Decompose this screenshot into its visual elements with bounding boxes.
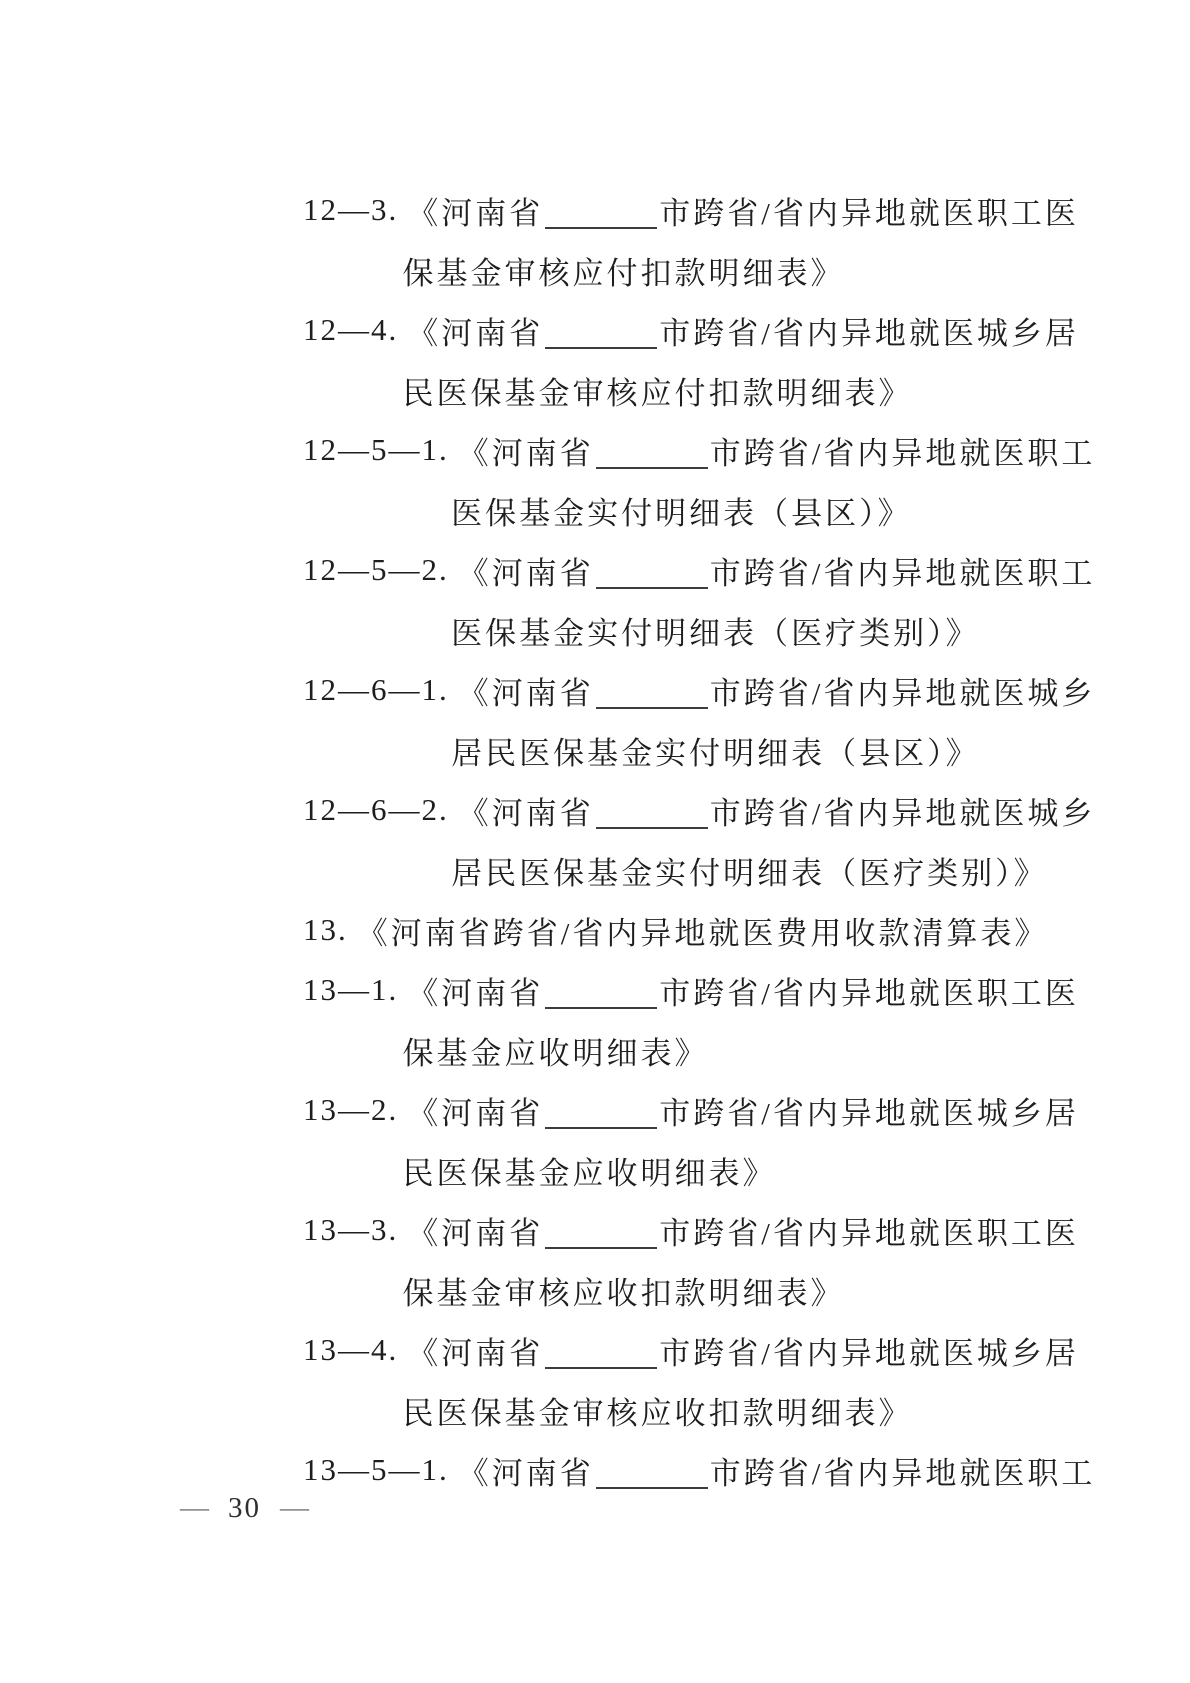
item-title-line1: 《河南省跨省/省内异地就医费用收款清算表》 (357, 908, 1049, 953)
list-item-first-line: 12—6—1. 《河南省市跨省/省内异地就医城乡 (303, 660, 1093, 720)
blank-underline (545, 1127, 657, 1129)
list-item: 12—5—2. 《河南省市跨省/省内异地就医职工 医保基金实付明细表（医疗类别）… (303, 540, 1093, 660)
item-number: 12—3. (303, 192, 398, 228)
item-title-line1: 《河南省市跨省/省内异地就医职工 (458, 1448, 1096, 1493)
item-title-line2: 民医保基金审核应付扣款明细表》 (403, 360, 1094, 420)
blank-underline (545, 1247, 657, 1249)
item-title-line2: 民医保基金审核应收扣款明细表》 (403, 1380, 1094, 1440)
list-item: 13—4. 《河南省市跨省/省内异地就医城乡居 民医保基金审核应收扣款明细表》 (303, 1320, 1093, 1440)
blank-underline (596, 1487, 708, 1489)
item-number: 13—1. (303, 972, 398, 1008)
item-title-line2: 民医保基金应收明细表》 (403, 1140, 1094, 1200)
item-number: 12—5—2. (303, 552, 449, 588)
list-item-first-line: 12—6—2. 《河南省市跨省/省内异地就医城乡 (303, 780, 1093, 840)
item-title-line1: 《河南省市跨省/省内异地就医城乡 (458, 788, 1096, 833)
list-item-first-line: 13—5—1. 《河南省市跨省/省内异地就医职工 (303, 1440, 1093, 1500)
list-item-first-line: 13—4. 《河南省市跨省/省内异地就医城乡居 (303, 1320, 1093, 1380)
list-item-first-line: 13. 《河南省跨省/省内异地就医费用收款清算表》 (303, 900, 1093, 960)
list-item: 12—4. 《河南省市跨省/省内异地就医城乡居 民医保基金审核应付扣款明细表》 (303, 300, 1093, 420)
item-title-line1: 《河南省市跨省/省内异地就医职工医 (407, 1208, 1079, 1253)
list-item-first-line: 12—5—2. 《河南省市跨省/省内异地就医职工 (303, 540, 1093, 600)
item-title-line2: 医保基金实付明细表（医疗类别）》 (451, 600, 1093, 660)
blank-underline (545, 347, 657, 349)
blank-underline (596, 467, 708, 469)
item-number: 13. (303, 912, 348, 948)
item-number: 12—5—1. (303, 432, 449, 468)
item-number: 13—2. (303, 1092, 398, 1128)
list-item-first-line: 12—3. 《河南省市跨省/省内异地就医职工医 (303, 180, 1093, 240)
blank-underline (545, 1007, 657, 1009)
item-title-line1: 《河南省市跨省/省内异地就医城乡 (458, 668, 1096, 713)
item-title-line2: 保基金审核应付扣款明细表》 (403, 240, 1094, 300)
item-title-line2: 居民医保基金实付明细表（县区）》 (451, 720, 1093, 780)
list-item: 13—2. 《河南省市跨省/省内异地就医城乡居 民医保基金应收明细表》 (303, 1080, 1093, 1200)
item-title-line1: 《河南省市跨省/省内异地就医职工 (458, 428, 1096, 473)
form-list-items: 12—3. 《河南省市跨省/省内异地就医职工医 保基金审核应付扣款明细表》 12… (303, 180, 1093, 1500)
page-number: 30 (228, 1492, 261, 1525)
list-item: 13—1. 《河南省市跨省/省内异地就医职工医 保基金应收明细表》 (303, 960, 1093, 1080)
list-item-first-line: 13—3. 《河南省市跨省/省内异地就医职工医 (303, 1200, 1093, 1260)
list-item: 13—3. 《河南省市跨省/省内异地就医职工医 保基金审核应收扣款明细表》 (303, 1200, 1093, 1320)
list-item-first-line: 12—5—1. 《河南省市跨省/省内异地就医职工 (303, 420, 1093, 480)
list-item: 13. 《河南省跨省/省内异地就医费用收款清算表》 (303, 900, 1093, 960)
blank-underline (545, 227, 657, 229)
footer-dash-left: — (180, 1495, 209, 1521)
item-number: 13—3. (303, 1212, 398, 1248)
list-item-first-line: 13—1. 《河南省市跨省/省内异地就医职工医 (303, 960, 1093, 1020)
item-title-line1: 《河南省市跨省/省内异地就医职工医 (407, 188, 1079, 233)
blank-underline (596, 587, 708, 589)
item-number: 12—6—1. (303, 672, 449, 708)
list-item-first-line: 12—4. 《河南省市跨省/省内异地就医城乡居 (303, 300, 1093, 360)
item-number: 12—6—2. (303, 792, 449, 828)
list-item: 12—6—1. 《河南省市跨省/省内异地就医城乡 居民医保基金实付明细表（县区）… (303, 660, 1093, 780)
item-title-line2: 居民医保基金实付明细表（医疗类别）》 (451, 840, 1093, 900)
document-page: 12—3. 《河南省市跨省/省内异地就医职工医 保基金审核应付扣款明细表》 12… (0, 0, 1190, 1683)
item-title-line2: 保基金审核应收扣款明细表》 (403, 1260, 1094, 1320)
list-item: 12—3. 《河南省市跨省/省内异地就医职工医 保基金审核应付扣款明细表》 (303, 180, 1093, 300)
blank-underline (545, 1367, 657, 1369)
item-title-line1: 《河南省市跨省/省内异地就医职工 (458, 548, 1096, 593)
page-footer: — 30 — (180, 1492, 309, 1525)
item-number: 13—4. (303, 1332, 398, 1368)
item-title-line1: 《河南省市跨省/省内异地就医城乡居 (407, 1328, 1079, 1373)
blank-underline (596, 827, 708, 829)
blank-underline (596, 707, 708, 709)
list-item: 12—6—2. 《河南省市跨省/省内异地就医城乡 居民医保基金实付明细表（医疗类… (303, 780, 1093, 900)
list-item: 13—5—1. 《河南省市跨省/省内异地就医职工 (303, 1440, 1093, 1500)
item-title-line2: 保基金应收明细表》 (403, 1020, 1094, 1080)
item-title-line1: 《河南省市跨省/省内异地就医城乡居 (407, 308, 1079, 353)
item-number: 13—5—1. (303, 1452, 449, 1488)
item-title-line1: 《河南省市跨省/省内异地就医职工医 (407, 968, 1079, 1013)
form-list: 12—3. 《河南省市跨省/省内异地就医职工医 保基金审核应付扣款明细表》 12… (303, 180, 1093, 1500)
footer-dash-right: — (280, 1495, 309, 1521)
list-item-first-line: 13—2. 《河南省市跨省/省内异地就医城乡居 (303, 1080, 1093, 1140)
list-item: 12—5—1. 《河南省市跨省/省内异地就医职工 医保基金实付明细表（县区）》 (303, 420, 1093, 540)
item-number: 12—4. (303, 312, 398, 348)
item-title-line2: 医保基金实付明细表（县区）》 (451, 480, 1093, 540)
item-title-line1: 《河南省市跨省/省内异地就医城乡居 (407, 1088, 1079, 1133)
